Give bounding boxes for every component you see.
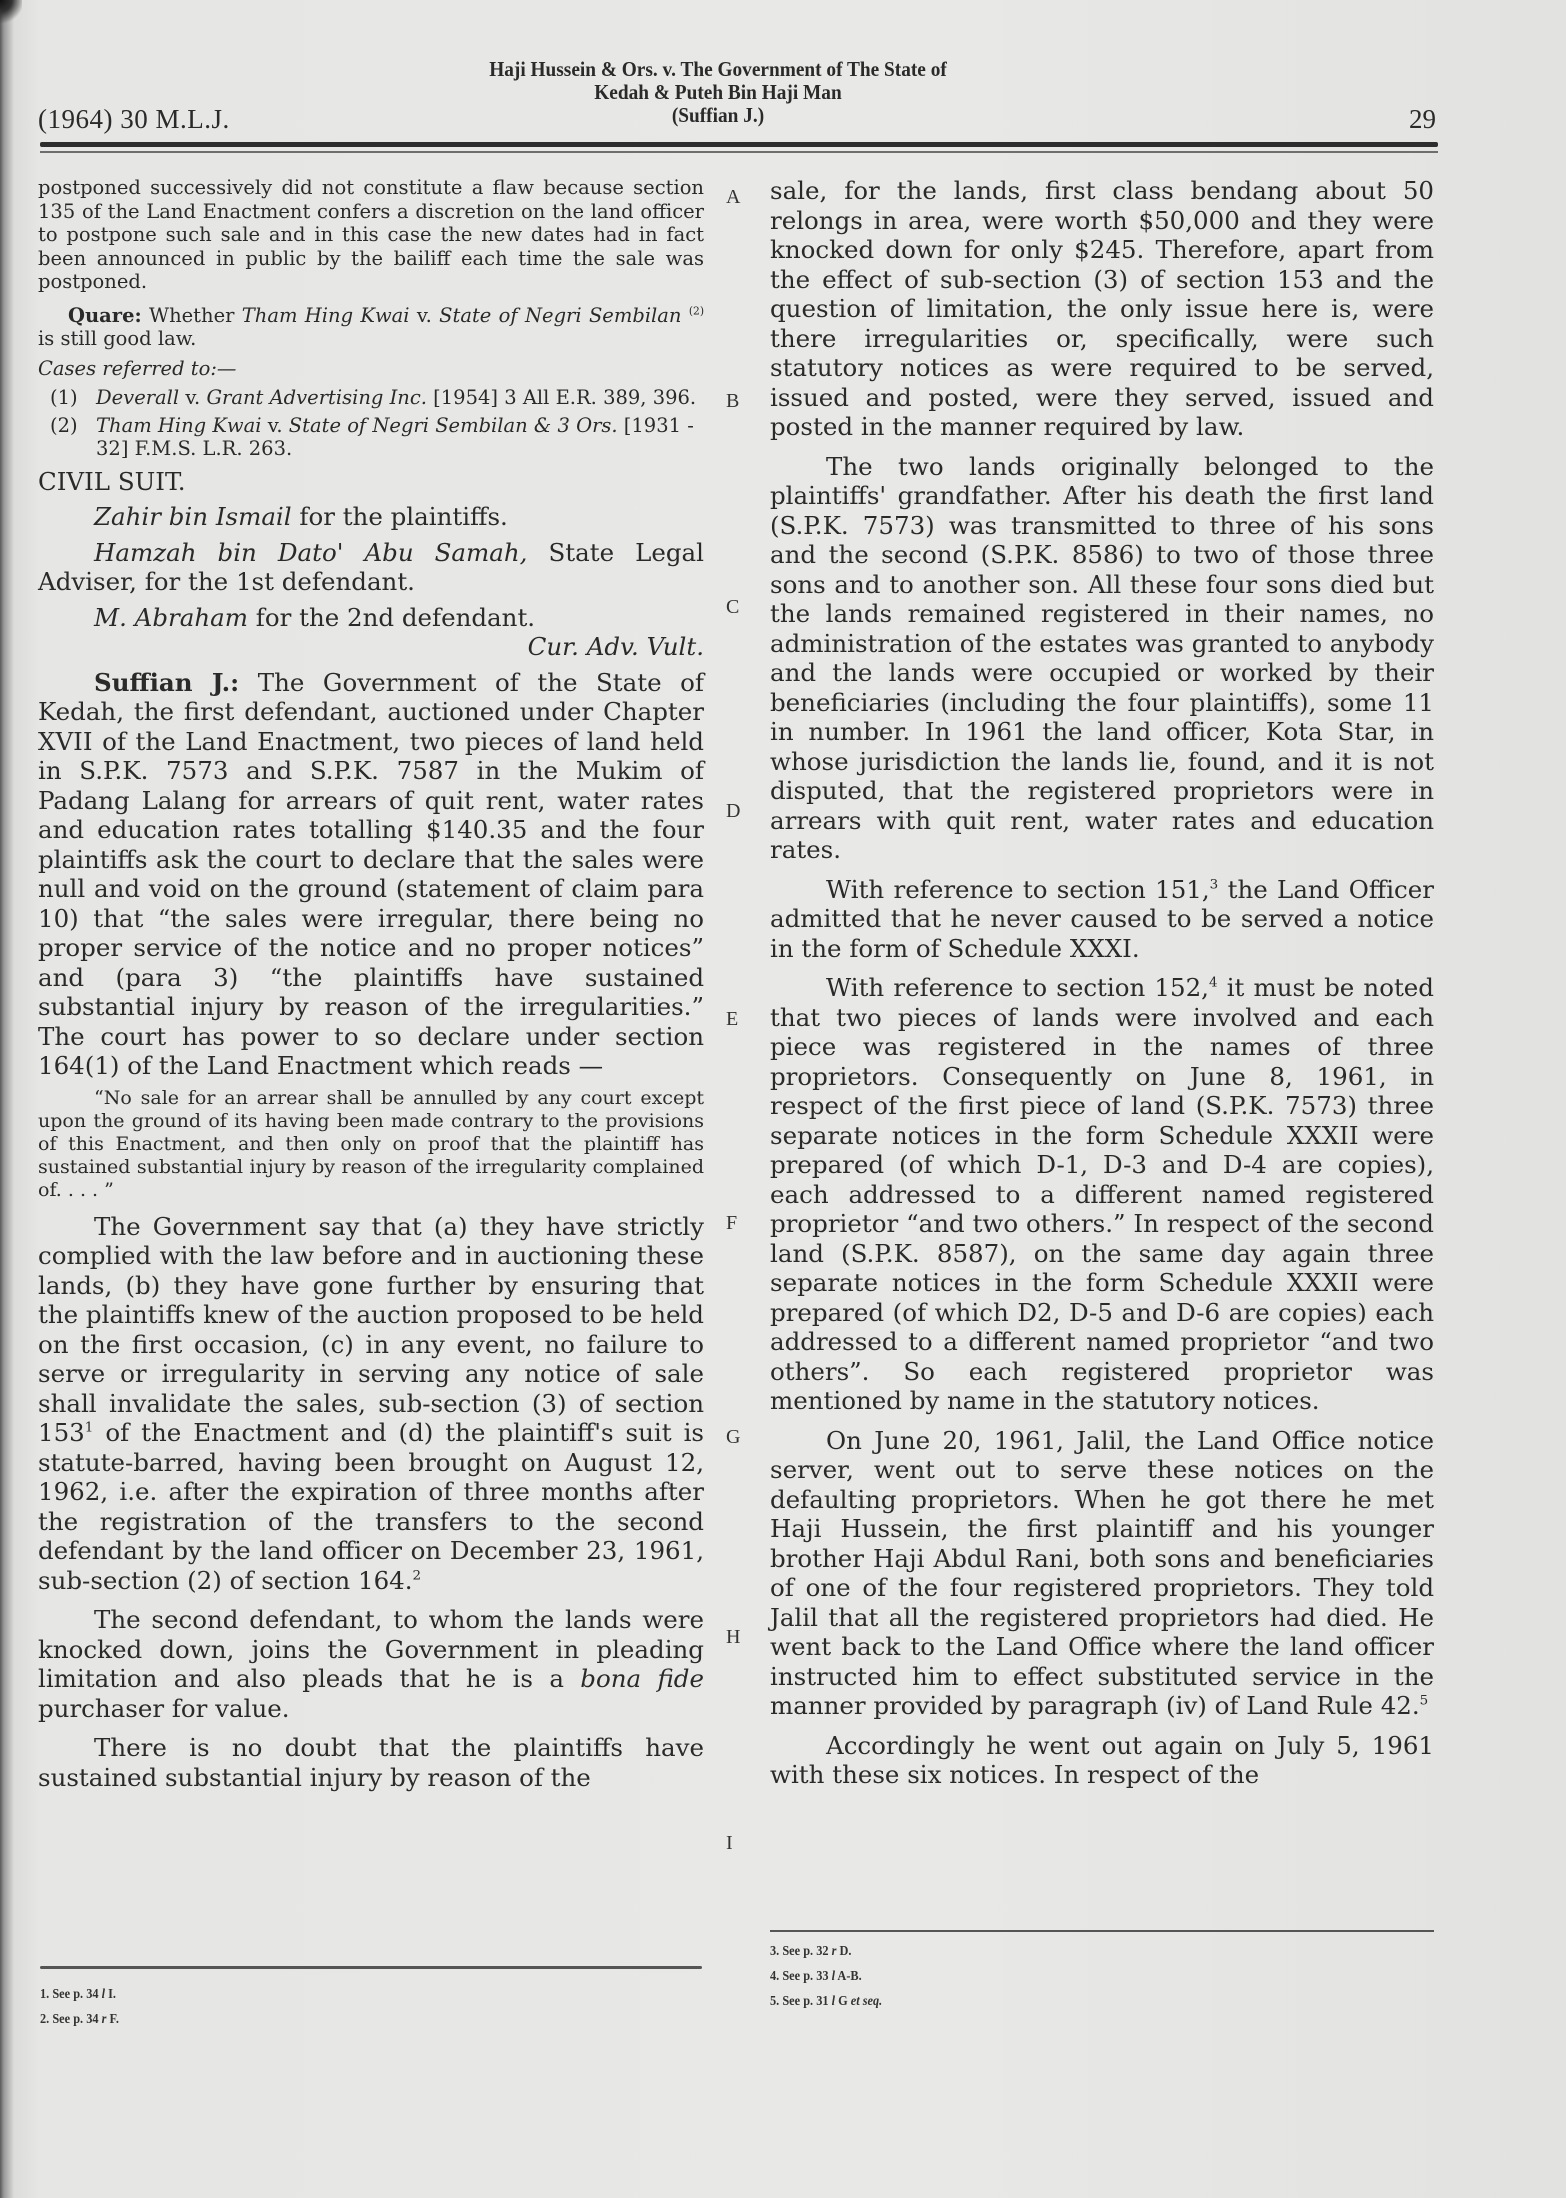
footnote-5: 5. See p. 31 l G et seq. — [770, 1994, 882, 2010]
judge-label: Suffian J.: — [94, 668, 239, 697]
right-paragraph-3: With reference to section 151,3 the Land… — [770, 875, 1434, 964]
footnote-4: 4. See p. 33 l A-B. — [770, 1969, 862, 1985]
margin-letter-d: D — [726, 800, 740, 823]
scanned-page: (1964) 30 M.L.J. Haji Hussein & Ors. v. … — [0, 0, 1566, 2198]
margin-letter-i: I — [726, 1832, 733, 1855]
judgment-paragraph-4: There is no doubt that the plaintiffs ha… — [38, 1733, 704, 1792]
margin-letter-e: E — [726, 1008, 738, 1031]
margin-letter-a: A — [726, 186, 740, 209]
judgment-paragraph-2: The Government say that (a) they have st… — [38, 1212, 704, 1596]
margin-letter-h: H — [726, 1626, 740, 1649]
cases-referred-list: (1) Deverall v. Grant Advertising Inc. [… — [38, 386, 704, 461]
footnote-1: 1. See p. 34 l I. — [40, 1987, 116, 2003]
margin-letter-b: B — [726, 390, 739, 413]
right-paragraph-5: On June 20, 1961, Jalil, the Land Office… — [770, 1426, 1434, 1721]
left-column: postponed successively did not constitut… — [38, 176, 704, 1792]
case-reference: (1) Deverall v. Grant Advertising Inc. [… — [38, 386, 704, 410]
right-paragraph-4: With reference to section 152,4 it must … — [770, 973, 1434, 1416]
case-title-line-1: Haji Hussein & Ors. v. The Government of… — [424, 58, 1013, 81]
case-title-line-2: Kedah & Puteh Bin Haji Man — [424, 81, 1013, 104]
quare-label: Quare: — [68, 304, 142, 327]
margin-letter-c: C — [726, 596, 739, 619]
footnote-rule-right — [770, 1930, 1434, 1932]
header-rule-thick — [40, 142, 1438, 147]
suit-type: CIVIL SUIT. — [38, 467, 704, 497]
right-paragraph-1: sale, for the lands, first class bendang… — [770, 176, 1434, 442]
footnote-rule-left — [40, 1966, 702, 1969]
quare-note: Quare: Whether Tham Hing Kwai v. State o… — [38, 304, 704, 351]
case-title: Haji Hussein & Ors. v. The Government of… — [424, 58, 1013, 127]
footnote-3: 3. See p. 32 r D. — [770, 1944, 851, 1960]
running-header: (1964) 30 M.L.J. Haji Hussein & Ors. v. … — [38, 58, 1436, 138]
statutory-quotation: “No sale for an arrear shall be annulled… — [38, 1087, 704, 1202]
right-column: sale, for the lands, first class bendang… — [770, 176, 1434, 1790]
counsel-second-defendant: M. Abraham for the 2nd defendant. — [38, 603, 704, 633]
margin-letter-g: G — [726, 1426, 740, 1449]
margin-letter-f: F — [726, 1212, 737, 1235]
page-number: 29 — [1409, 104, 1436, 135]
cur-adv-vult: Cur. Adv. Vult. — [38, 632, 704, 662]
counsel-plaintiffs: Zahir bin Ismail for the plaintiffs. — [38, 502, 704, 532]
headnote-ending: postponed successively did not constitut… — [38, 176, 704, 294]
judge-name: (Suffian J.) — [424, 104, 1013, 127]
cases-referred-label: Cases referred to:— — [38, 357, 704, 381]
judgment-paragraph-1: Suffian J.: The Government of the State … — [38, 668, 704, 1081]
judgment-paragraph-3: The second defendant, to whom the lands … — [38, 1605, 704, 1723]
case-reference: (2) Tham Hing Kwai v. State of Negri Sem… — [38, 414, 704, 461]
header-rule-thin — [40, 151, 1438, 153]
right-paragraph-2: The two lands originally belonged to the… — [770, 452, 1434, 865]
counsel-first-defendant: Hamzah bin Dato' Abu Samah, State Legal … — [38, 538, 704, 597]
footnote-2: 2. See p. 34 r F. — [40, 2012, 119, 2028]
report-citation: (1964) 30 M.L.J. — [38, 104, 230, 135]
right-paragraph-6: Accordingly he went out again on July 5,… — [770, 1731, 1434, 1790]
